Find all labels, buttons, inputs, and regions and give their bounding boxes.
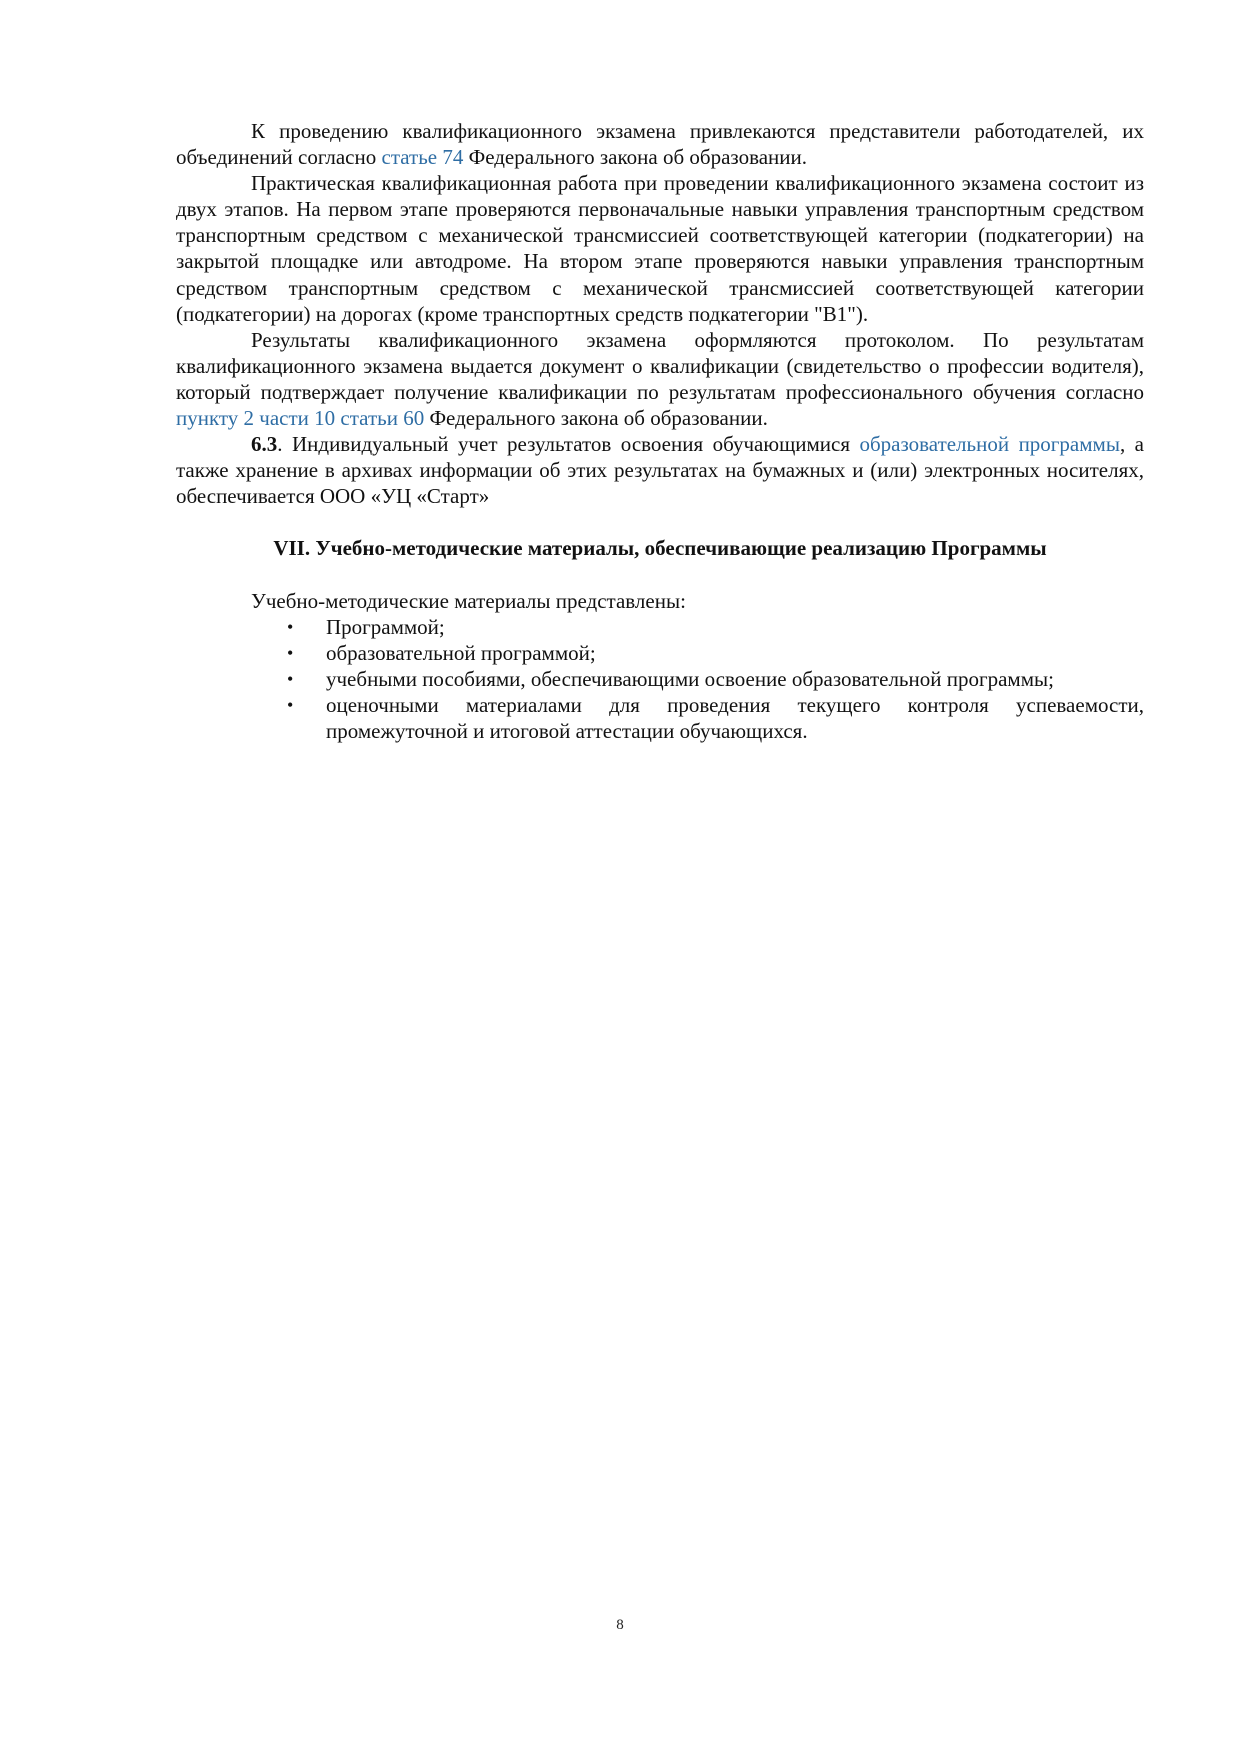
document-page: К проведению квалификационного экзамена … (176, 118, 1144, 744)
paragraph-text: Федерального закона об образовании. (463, 145, 807, 169)
paragraph-text: . Индивидуальный учет результатов освоен… (277, 432, 859, 456)
materials-list: •Программой; •образовательной программой… (176, 614, 1144, 744)
page-number: 8 (0, 1617, 1240, 1634)
link-educational-program[interactable]: образовательной программы (859, 432, 1119, 456)
list-item-text: Программой; (326, 615, 445, 639)
paragraph-text: Результаты квалификационного экзамена оф… (176, 328, 1144, 404)
list-item-text: учебными пособиями, обеспечивающими осво… (326, 667, 1054, 691)
clause-number: 6.3 (251, 432, 277, 456)
list-item-text: образовательной программой; (326, 641, 596, 665)
section-intro: Учебно-методические материалы представле… (251, 588, 1144, 614)
paragraph-text: Федерального закона об образовании. (424, 406, 768, 430)
bullet-icon: • (287, 692, 293, 718)
link-article-74[interactable]: статье 74 (382, 145, 464, 169)
paragraph-exam-results: Результаты квалификационного экзамена оф… (176, 327, 1144, 431)
list-item: •оценочными материалами для проведения т… (251, 692, 1144, 744)
list-item: •образовательной программой; (251, 640, 1144, 666)
bullet-icon: • (287, 666, 293, 692)
list-item: •учебными пособиями, обеспечивающими осв… (251, 666, 1144, 692)
section-heading: VII. Учебно-методические материалы, обес… (176, 535, 1144, 561)
paragraph-exam-representatives: К проведению квалификационного экзамена … (176, 118, 1144, 170)
paragraph-practical-work: Практическая квалификационная работа при… (176, 170, 1144, 327)
link-article-60[interactable]: пункту 2 части 10 статьи 60 (176, 406, 424, 430)
list-item-text: оценочными материалами для проведения те… (326, 693, 1144, 743)
list-item: •Программой; (251, 614, 1144, 640)
paragraph-individual-records: 6.3. Индивидуальный учет результатов осв… (176, 431, 1144, 509)
bullet-icon: • (287, 614, 293, 640)
bullet-icon: • (287, 640, 293, 666)
